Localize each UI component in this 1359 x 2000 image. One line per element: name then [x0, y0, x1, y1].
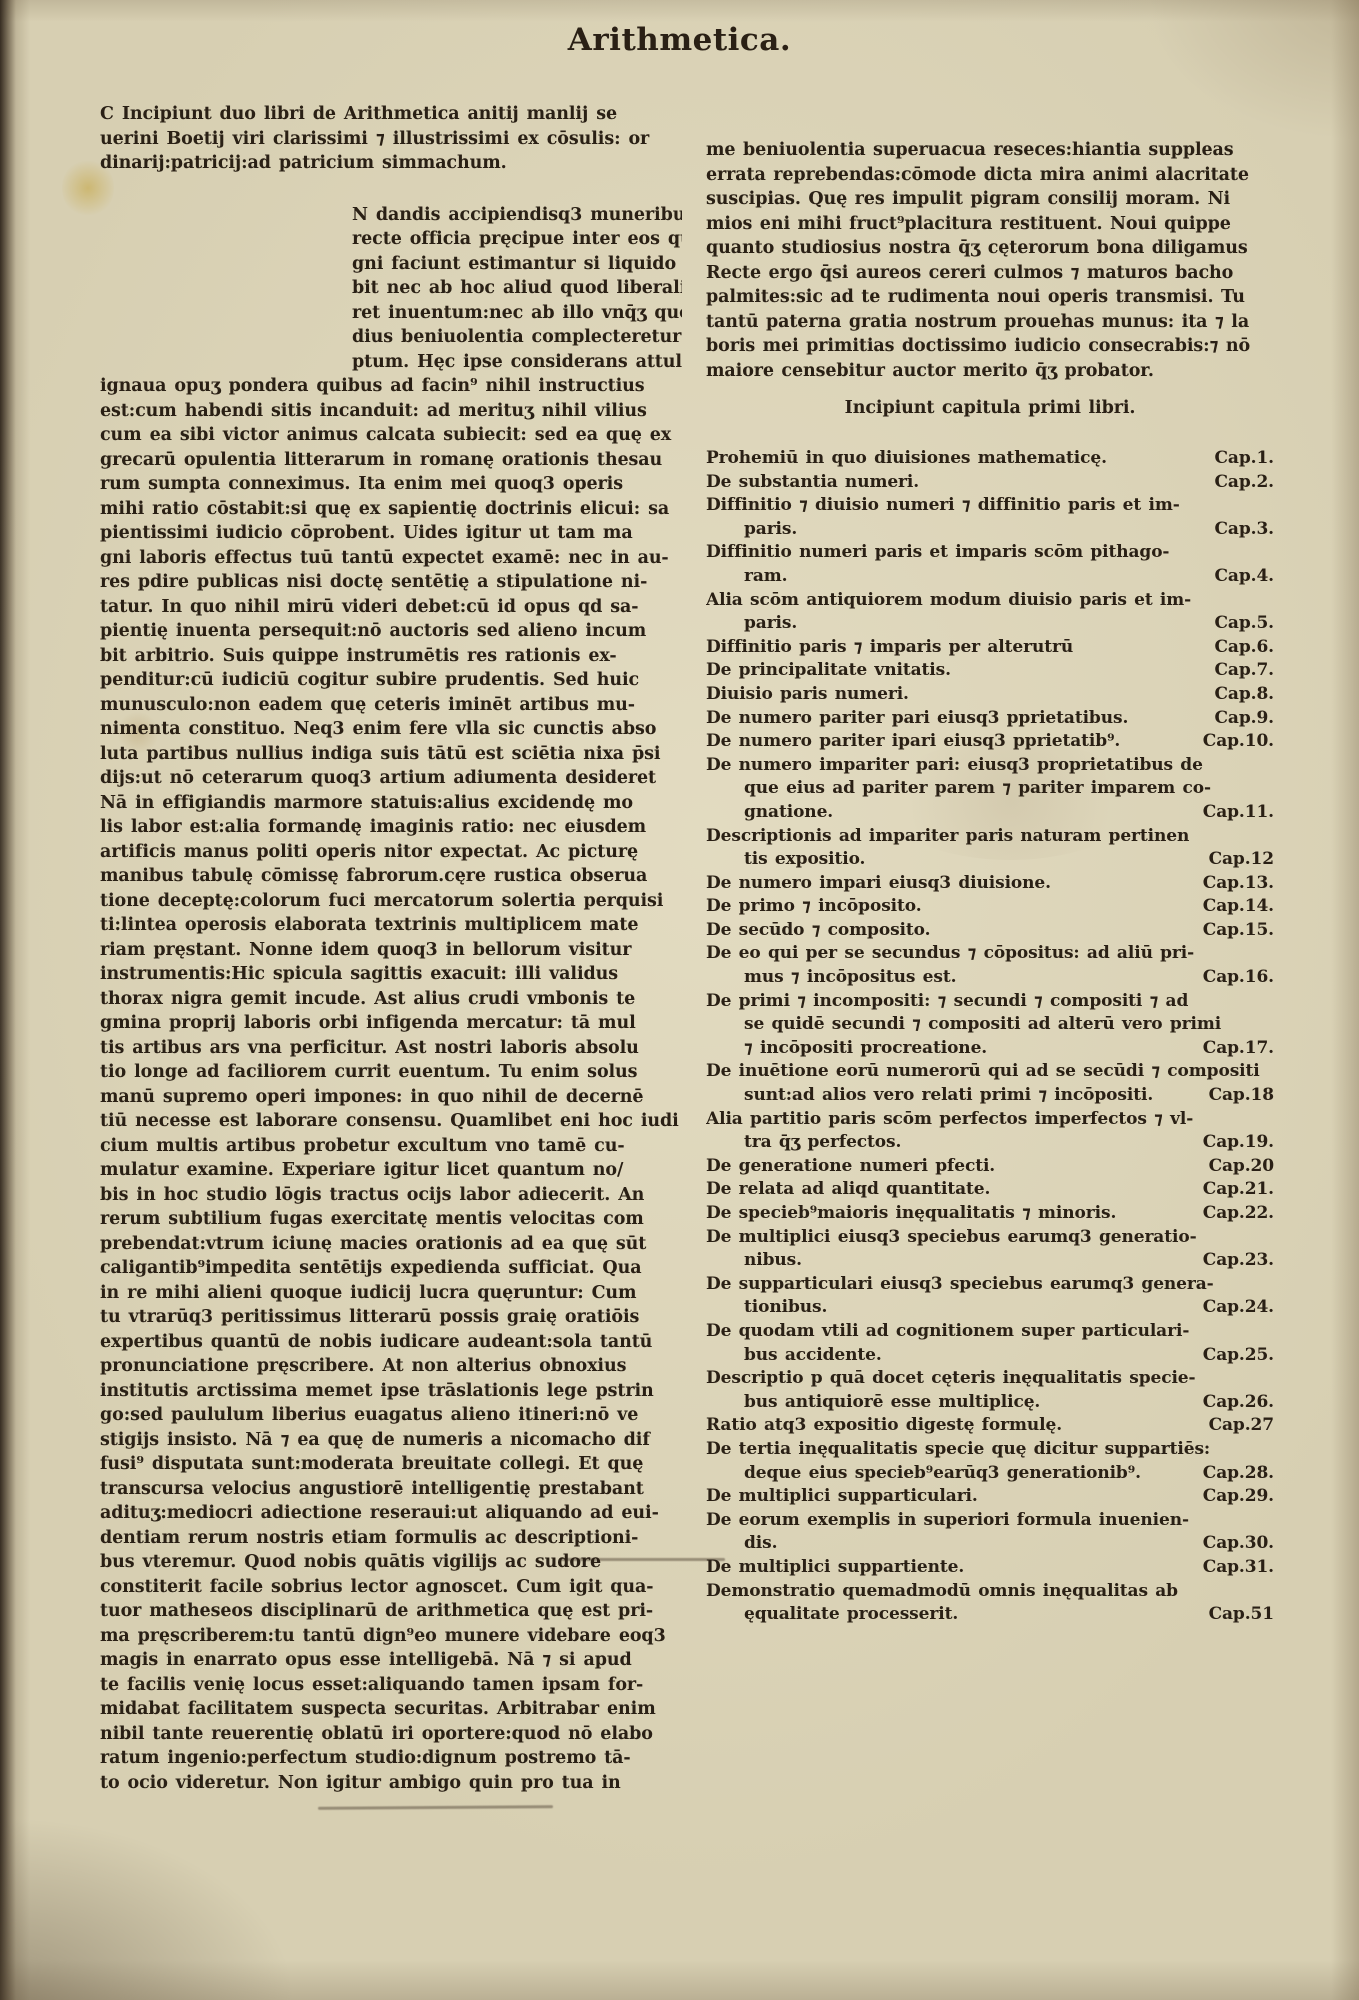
capitulum-number: Cap.14.: [1195, 895, 1274, 919]
capitulum-line: nibus.Cap.23.: [706, 1249, 1274, 1273]
capitulum-line: tra q̄ʒ perfectos.Cap.19.: [706, 1131, 1274, 1155]
capitulum-number: Cap.22.: [1195, 1202, 1274, 1226]
capitulum-line: De tertia inęqualitatis specie quę dicit…: [706, 1438, 1274, 1462]
capitulum-number: Cap.1.: [1207, 447, 1275, 471]
capitulum-line: paris.Cap.5.: [706, 612, 1274, 636]
text-line: palmites:sic ad te rudimenta noui operis…: [706, 285, 1274, 310]
text-line: rerum subtilium fugas exercitatę mentis …: [100, 1207, 682, 1232]
text-line: dinarij:patricij:ad patricium simmachum.: [100, 151, 682, 176]
capitulum-number: Cap.26.: [1195, 1391, 1274, 1415]
text-line: tu vtrarūq3 peritissimus litterarū possi…: [100, 1305, 682, 1330]
capitulum-text: deque eius specieb⁹earūq3 generationib⁹.: [744, 1462, 1141, 1486]
capitulum-line: Diffinitio ⁊ diuisio numeri ⁊ diffinitio…: [706, 494, 1274, 518]
capitulum-number: Cap.24.: [1195, 1296, 1274, 1320]
capitulum-text: Prohemiū in quo diuisiones mathematicę.: [706, 447, 1107, 471]
text-line: riam pręstant. Nonne idem quoq3 in bello…: [100, 938, 682, 963]
capitulum-line: bus antiquiorē esse multiplicę.Cap.26.: [706, 1391, 1274, 1415]
capitulum-text: paris.: [744, 518, 797, 542]
capitulum-number: Cap.28.: [1195, 1462, 1274, 1486]
text-line: tiū necesse est laborare consensu. Quaml…: [100, 1109, 682, 1134]
text-line: me beniuolentia superuacua reseces:hiant…: [706, 138, 1274, 163]
text-line: gni faciunt estimantur si liquido consta…: [352, 252, 682, 277]
capitulum-number: Cap.15.: [1195, 919, 1274, 943]
capitulum-line: De eo qui per se secundus ⁊ cōpositus: a…: [706, 942, 1274, 966]
capitulum-line: De numero impari eiusq3 diuisione.Cap.13…: [706, 872, 1274, 896]
capitulum-line: De secūdo ⁊ composito.Cap.15.: [706, 919, 1274, 943]
text-line: C Incipiunt duo libri de Arithmetica ani…: [100, 102, 682, 127]
capitulum-number: Cap.4.: [1207, 565, 1275, 589]
capitulum-text: bus accidente.: [744, 1344, 882, 1368]
text-line: Nā in effigiandis marmore statuis:alius …: [100, 791, 682, 816]
capitulum-number: Cap.10.: [1195, 730, 1274, 754]
capitulum-line: De eorum exemplis in superiori formula i…: [706, 1509, 1274, 1533]
text-line: luta partibus nullius indiga suis tātū e…: [100, 742, 682, 767]
text-line: artificis manus politi operis nitor expe…: [100, 840, 682, 865]
capitulum-number: Cap.25.: [1195, 1344, 1274, 1368]
capitulum-number: Cap.20: [1201, 1155, 1274, 1179]
capitulum-line: Descriptionis ad impariter paris naturam…: [706, 825, 1274, 849]
handwritten-underline: [318, 1805, 553, 1810]
text-line: ma pręscriberem:tu tantū dign⁹eo munere …: [100, 1624, 682, 1649]
capitulum-number: Cap.31.: [1195, 1556, 1274, 1580]
preface-indented-block: N dandis accipiendisq3 muneribus itarect…: [352, 203, 682, 375]
text-line: est:cum habendi sitis incanduit: ad meri…: [100, 399, 682, 424]
text-line: bit nec ab hoc aliud quod liberalius aff…: [352, 276, 682, 301]
text-line: caligantib⁹impedita sentētijs expedienda…: [100, 1256, 682, 1281]
capitulum-text: tis expositio.: [744, 848, 865, 872]
text-line: dius beniuolentia complecteretur acce-: [352, 325, 682, 350]
text-line: fusi⁹ disputata sunt:moderata breuitate …: [100, 1452, 682, 1477]
text-line: grecarū opulentia litterarum in romanę o…: [100, 448, 682, 473]
text-line: adituʒ:mediocri adiectione reseraui:ut a…: [100, 1501, 682, 1526]
text-line: manū supremo operi impones: in quo nihil…: [100, 1085, 682, 1110]
text-line: pientię inuenta persequit:nō auctoris se…: [100, 619, 682, 644]
capitulum-number: Cap.23.: [1195, 1249, 1274, 1273]
text-line: N dandis accipiendisq3 muneribus ita: [352, 203, 682, 228]
capitulum-line: ⁊ incōpositi procreatione.Cap.17.: [706, 1037, 1274, 1061]
page-title: Arithmetica.: [0, 22, 1359, 58]
capitulum-number: Cap.17.: [1195, 1037, 1274, 1061]
text-line: quanto studiosius nostra q̄ʒ cęterorum b…: [706, 236, 1274, 261]
text-line: tuor matheseos disciplinarū de arithmeti…: [100, 1599, 682, 1624]
capitulum-line: De specieb⁹maioris inęqualitatis ⁊ minor…: [706, 1202, 1274, 1226]
capitulum-line: tis expositio.Cap.12: [706, 848, 1274, 872]
capitulum-text: bus antiquiorē esse multiplicę.: [744, 1391, 1040, 1415]
left-text-column: C Incipiunt duo libri de Arithmetica ani…: [100, 102, 682, 1795]
capitulum-number: Cap.30.: [1195, 1532, 1274, 1556]
text-line: mios eni mihi fruct⁹placitura restituent…: [706, 212, 1274, 237]
capitulum-line: Alia scōm antiquiorem modum diuisio pari…: [706, 589, 1274, 613]
capitulum-text: Ratio atq3 expositio digestę formulę.: [706, 1414, 1062, 1438]
text-line: penditur:cū iudiciū cogitur subire prude…: [100, 668, 682, 693]
text-line: nibil tante reuerentię oblatū iri oporte…: [100, 1722, 682, 1747]
capitulum-line: Descriptio p quā docet cęteris inęqualit…: [706, 1367, 1274, 1391]
capitulum-line: De numero impariter pari: eiusq3 proprie…: [706, 754, 1274, 778]
text-line: ignaua opuʒ pondera quibus ad facin⁹ nih…: [100, 374, 682, 399]
book-page: Arithmetica. C Incipiunt duo libri de Ar…: [0, 0, 1359, 2000]
capitulum-line: dis.Cap.30.: [706, 1532, 1274, 1556]
capitulum-line: que eius ad pariter parem ⁊ pariter impa…: [706, 777, 1274, 801]
capitulum-number: Cap.27: [1201, 1414, 1274, 1438]
capitulum-line: sunt:ad alios vero relati primi ⁊ incōpo…: [706, 1084, 1274, 1108]
capitulum-text: De multiplici suppartiente.: [706, 1556, 964, 1580]
capitulum-number: Cap.21.: [1195, 1178, 1274, 1202]
capitulum-number: Cap.2.: [1207, 471, 1275, 495]
right-text-column: me beniuolentia superuacua reseces:hiant…: [706, 138, 1274, 1627]
text-line: constiterit facile sobrius lector agnosc…: [100, 1575, 682, 1600]
capitulum-line: Alia partitio paris scōm perfectos imper…: [706, 1108, 1274, 1132]
capitulum-number: Cap.18: [1201, 1084, 1274, 1108]
capitulum-number: Cap.6.: [1207, 636, 1275, 660]
capitulum-text: De multiplici supparticulari.: [706, 1485, 978, 1509]
capitulum-line: De generatione numeri pfecti.Cap.20: [706, 1155, 1274, 1179]
text-line: magis in enarrato opus esse intelligebā.…: [100, 1648, 682, 1673]
text-line: ret inuentum:nec ab illo vnq̄ʒ quod iocū: [352, 301, 682, 326]
text-line: tatur. In quo nihil mirū videri debet:cū…: [100, 595, 682, 620]
text-line: go:sed paululum liberius euagatus alieno…: [100, 1403, 682, 1428]
capitulum-line: De primo ⁊ incōposito.Cap.14.: [706, 895, 1274, 919]
capitulum-line: deque eius specieb⁹earūq3 generationib⁹.…: [706, 1462, 1274, 1486]
text-line: midabat facilitatem suspecta securitas. …: [100, 1697, 682, 1722]
capitulum-line: De numero pariter ipari eiusq3 pprietati…: [706, 730, 1274, 754]
text-line: tio longe ad faciliorem currit euentum. …: [100, 1060, 682, 1085]
text-line: boris mei primitias doctissimo iudicio c…: [706, 334, 1274, 359]
text-line: cium multis artibus probetur excultum vn…: [100, 1134, 682, 1159]
capitulum-text: De secūdo ⁊ composito.: [706, 919, 930, 943]
text-line: nimenta constituo. Neq3 enim fere vlla s…: [100, 717, 682, 742]
text-line: instrumentis:Hic spicula sagittis exacui…: [100, 962, 682, 987]
text-line: lis labor est:alia formandę imaginis rat…: [100, 815, 682, 840]
capitulum-text: De numero pariter pari eiusq3 pprietatib…: [706, 707, 1128, 731]
capitulum-line: De multiplici supparticulari.Cap.29.: [706, 1485, 1274, 1509]
text-line: cum ea sibi victor animus calcata subiec…: [100, 423, 682, 448]
text-line: maiore censebitur auctor merito q̄ʒ prob…: [706, 359, 1274, 384]
capitulum-line: De multiplici suppartiente.Cap.31.: [706, 1556, 1274, 1580]
text-line: ptum. Hęc ipse considerans attuli non: [352, 350, 682, 375]
text-line: mihi ratio cōstabit:si quę ex sapientię …: [100, 497, 682, 522]
capitulum-number: Cap.16.: [1195, 966, 1274, 990]
text-line: suscipias. Quę res impulit pigram consil…: [706, 187, 1274, 212]
capitulum-line: Diuisio paris numeri.Cap.8.: [706, 683, 1274, 707]
capitulum-number: Cap.5.: [1207, 612, 1275, 636]
capitulum-line: Diffinitio numeri paris et imparis scōm …: [706, 541, 1274, 565]
capitulum-number: Cap.8.: [1207, 683, 1275, 707]
text-line: transcursa velocius angustiorē intellige…: [100, 1477, 682, 1502]
capitulum-line: Demonstratio quemadmodū omnis inęqualita…: [706, 1580, 1274, 1604]
capitulum-number: Cap.9.: [1207, 707, 1275, 731]
text-line: stigijs insisto. Nā ⁊ ea quę de numeris …: [100, 1428, 682, 1453]
text-line: rum sumpta conneximus. Ita enim mei quoq…: [100, 472, 682, 497]
text-line: bus vteremur. Quod nobis quātis vigilijs…: [100, 1550, 682, 1575]
capitulum-text: mus ⁊ incōpositus est.: [744, 966, 956, 990]
capitulum-line: De principalitate vnitatis.Cap.7.: [706, 659, 1274, 683]
preface-continuation: me beniuolentia superuacua reseces:hiant…: [706, 138, 1274, 383]
text-line: manibus tabulę cōmissę fabrorum.cęre rus…: [100, 864, 682, 889]
capitulum-line: De supparticulari eiusq3 speciebus earum…: [706, 1273, 1274, 1297]
capitulum-text: De substantia numeri.: [706, 471, 919, 495]
capitulum-line: paris.Cap.3.: [706, 518, 1274, 542]
capitulum-line: Ratio atq3 expositio digestę formulę.Cap…: [706, 1414, 1274, 1438]
capitulum-line: ęqualitate processerit.Cap.51: [706, 1603, 1274, 1627]
capitulum-number: Cap.29.: [1195, 1485, 1274, 1509]
capitulum-line: De relata ad aliqd quantitate.Cap.21.: [706, 1178, 1274, 1202]
capitulum-line: Prohemiū in quo diuisiones mathematicę.C…: [706, 447, 1274, 471]
capitulum-line: De numero pariter pari eiusq3 pprietatib…: [706, 707, 1274, 731]
capitulum-text: De principalitate vnitatis.: [706, 659, 951, 683]
capitulum-number: Cap.12: [1201, 848, 1274, 872]
capitulum-text: ram.: [744, 565, 787, 589]
capitulum-line: De substantia numeri.Cap.2.: [706, 471, 1274, 495]
text-line: institutis arctissima memet ipse trāslat…: [100, 1379, 682, 1404]
capitulum-text: De relata ad aliqd quantitate.: [706, 1178, 990, 1202]
text-line: errata reprebendas:cōmode dicta mira ani…: [706, 163, 1274, 188]
text-line: in re mihi alieni quoque iudicij lucra q…: [100, 1281, 682, 1306]
capitulum-line: De primi ⁊ incompositi: ⁊ secundi ⁊ comp…: [706, 990, 1274, 1014]
text-line: prebendat:vtrum iciunę macies orationis …: [100, 1232, 682, 1257]
capitula-heading: Incipiunt capitula primi libri.: [706, 395, 1274, 421]
capitulum-text: De numero impari eiusq3 diuisione.: [706, 872, 1051, 896]
capitulum-number: Cap.7.: [1207, 659, 1275, 683]
text-line: tis artibus ars vna perficitur. Ast nost…: [100, 1036, 682, 1061]
capitulum-text: dis.: [744, 1532, 777, 1556]
capitulum-number: Cap.11.: [1195, 801, 1274, 825]
preface-body: ignaua opuʒ pondera quibus ad facin⁹ nih…: [100, 374, 682, 1795]
text-line: to ocio videretur. Non igitur ambigo qui…: [100, 1771, 682, 1796]
capitulum-text: Diuisio paris numeri.: [706, 683, 909, 707]
capitula-list: Prohemiū in quo diuisiones mathematicę.C…: [706, 447, 1274, 1627]
capitulum-number: Cap.3.: [1207, 518, 1275, 542]
capitulum-line: tionibus.Cap.24.: [706, 1296, 1274, 1320]
incipit-paragraph: C Incipiunt duo libri de Arithmetica ani…: [100, 102, 682, 176]
text-line: Recte ergo q̄si aureos cereri culmos ⁊ m…: [706, 261, 1274, 286]
text-line: expertibus quantū de nobis iudicare aude…: [100, 1330, 682, 1355]
text-line: tantū paterna gratia nostrum prouehas mu…: [706, 310, 1274, 335]
capitulum-line: De inuētione eorū numerorū qui ad se sec…: [706, 1060, 1274, 1084]
capitulum-text: gnatione.: [744, 801, 833, 825]
text-line: te facilis venię locus esset:aliquando t…: [100, 1673, 682, 1698]
text-line: pronunciatione pręscribere. At non alter…: [100, 1354, 682, 1379]
capitulum-text: nibus.: [744, 1249, 802, 1273]
capitulum-text: tra q̄ʒ perfectos.: [744, 1131, 901, 1155]
capitulum-text: De primo ⁊ incōposito.: [706, 895, 922, 919]
capitulum-text: De specieb⁹maioris inęqualitatis ⁊ minor…: [706, 1202, 1116, 1226]
text-line: gmina proprij laboris orbi infigenda mer…: [100, 1011, 682, 1036]
text-line: dentiam rerum nostris etiam formulis ac …: [100, 1526, 682, 1551]
capitulum-text: paris.: [744, 612, 797, 636]
text-line: mulatur examine. Experiare igitur licet …: [100, 1158, 682, 1183]
text-line: res pdire publicas nisi doctę sentētię a…: [100, 570, 682, 595]
capitulum-text: sunt:ad alios vero relati primi ⁊ incōpo…: [744, 1084, 1153, 1108]
text-line: munusculo:non eadem quę ceteris iminēt a…: [100, 693, 682, 718]
capitulum-number: Cap.51: [1201, 1603, 1274, 1627]
capitulum-line: Diffinitio paris ⁊ imparis per alterutrū…: [706, 636, 1274, 660]
text-line: bis in hoc studio lōgis tractus ocijs la…: [100, 1183, 682, 1208]
capitulum-number: Cap.13.: [1195, 872, 1274, 896]
text-line: bit arbitrio. Suis quippe instrumētis re…: [100, 644, 682, 669]
capitulum-line: bus accidente.Cap.25.: [706, 1344, 1274, 1368]
capitulum-line: se quidē secundi ⁊ compositi ad alterū v…: [706, 1013, 1274, 1037]
text-line: recte officia pręcipue inter eos qui ses…: [352, 227, 682, 252]
capitulum-text: De generatione numeri pfecti.: [706, 1155, 995, 1179]
capitulum-text: tionibus.: [744, 1296, 827, 1320]
text-line: pientissimi iudicio cōprobent. Uides igi…: [100, 521, 682, 546]
capitulum-text: ⁊ incōpositi procreatione.: [744, 1037, 987, 1061]
capitulum-text: De numero pariter ipari eiusq3 pprietati…: [706, 730, 1120, 754]
text-line: thorax nigra gemit incude. Ast alius cru…: [100, 987, 682, 1012]
capitulum-line: mus ⁊ incōpositus est.Cap.16.: [706, 966, 1274, 990]
text-line: gni laboris effectus tuū tantū expectet …: [100, 546, 682, 571]
capitulum-line: De quodam vtili ad cognitionem super par…: [706, 1320, 1274, 1344]
capitulum-line: De multiplici eiusq3 speciebus earumq3 g…: [706, 1226, 1274, 1250]
text-line: ratum ingenio:perfectum studio:dignum po…: [100, 1746, 682, 1771]
capitulum-text: Diffinitio paris ⁊ imparis per alterutrū: [706, 636, 1073, 660]
capitulum-number: Cap.19.: [1195, 1131, 1274, 1155]
capitulum-line: ram.Cap.4.: [706, 565, 1274, 589]
text-line: dijs:ut nō ceterarum quoq3 artium adiume…: [100, 766, 682, 791]
text-line: ti:lintea operosis elaborata textrinis m…: [100, 913, 682, 938]
capitulum-line: gnatione.Cap.11.: [706, 801, 1274, 825]
text-line: tione deceptę:colorum fuci mercatorum so…: [100, 889, 682, 914]
capitulum-text: ęqualitate processerit.: [744, 1603, 958, 1627]
text-line: uerini Boetij viri clarissimi ⁊ illustri…: [100, 127, 682, 152]
